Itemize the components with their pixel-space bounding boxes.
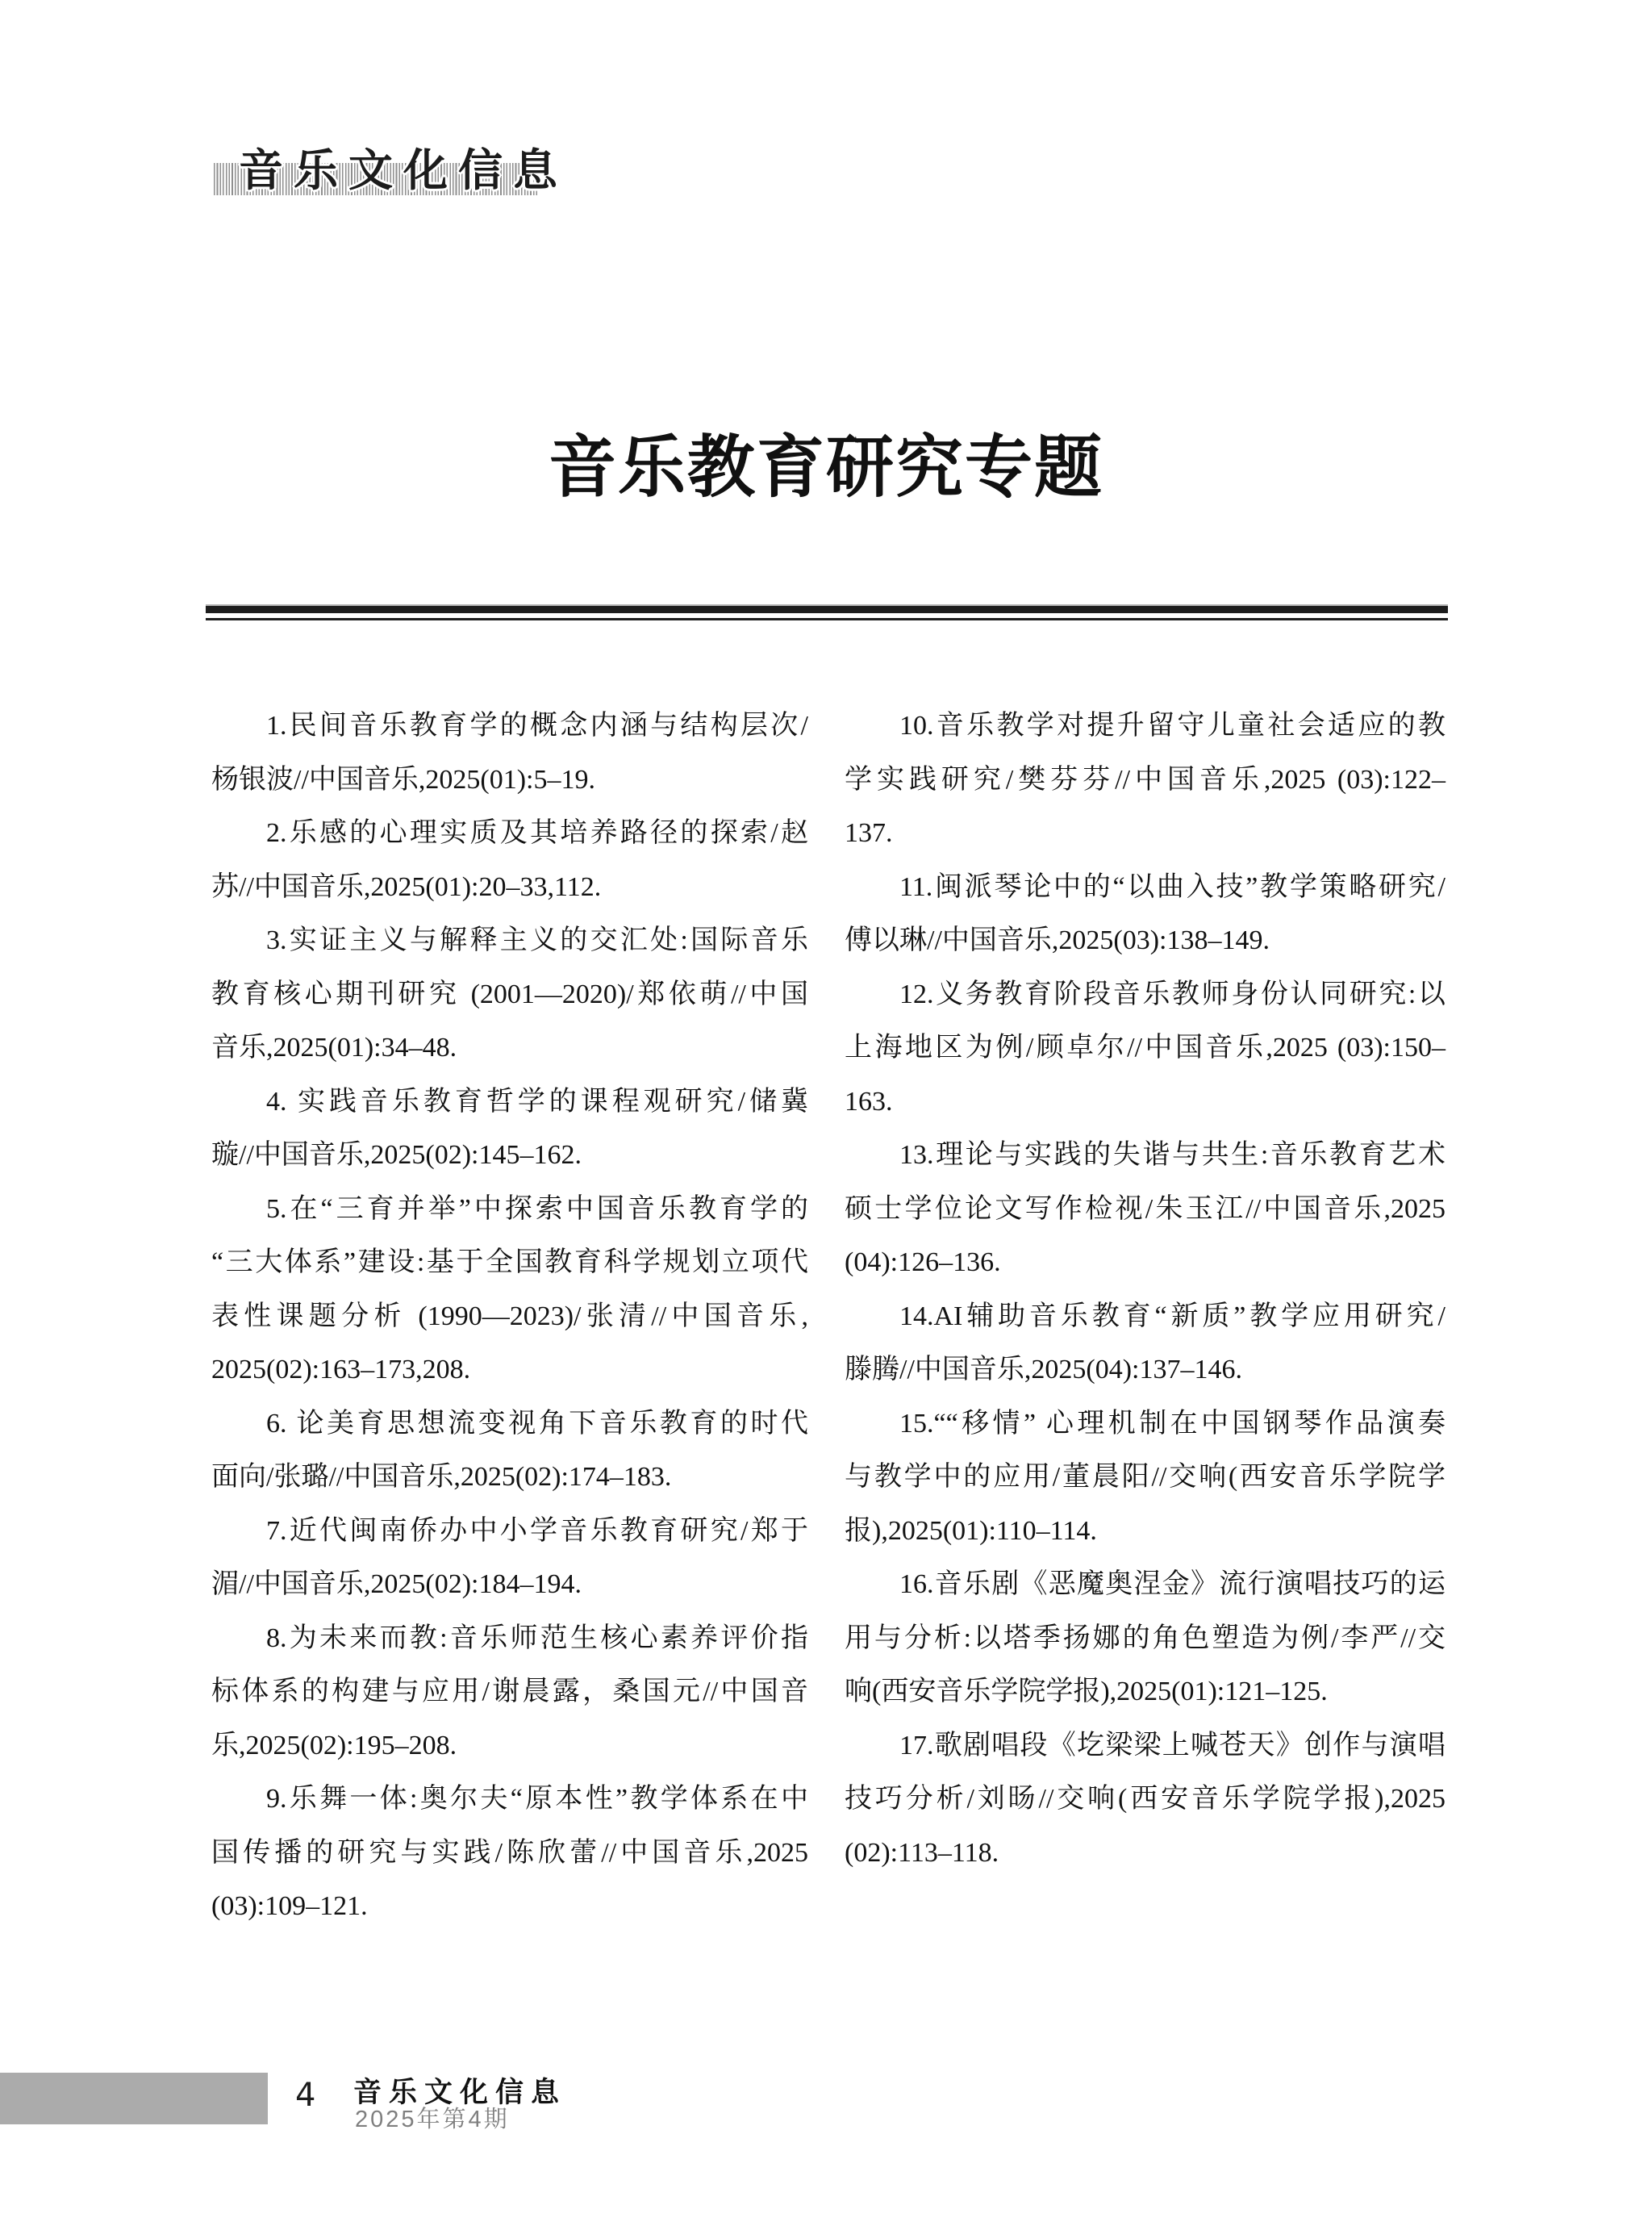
bibliography-line: 璇//中国音乐,2025(02):145–162. xyxy=(211,1129,808,1183)
bibliography-line: 技巧分析/刘旸//交响(西安音乐学院学报),2025 xyxy=(845,1773,1445,1827)
bibliography-line: 2.乐感的心理实质及其培养路径的探索/赵 xyxy=(211,807,808,861)
bibliography-line: 报),2025(01):110–114. xyxy=(845,1505,1445,1559)
bibliography-line: 苏//中国音乐,2025(01):20–33,112. xyxy=(211,861,808,915)
bibliography-entry: 7.近代闽南侨办中小学音乐教育研究/郑于湄//中国音乐,2025(02):184… xyxy=(211,1505,808,1612)
bibliography-line: 与教学中的应用/董晨阳//交响(西安音乐学院学 xyxy=(845,1451,1445,1505)
bibliography-line: 137. xyxy=(845,807,1445,861)
bibliography-entry: 14.AI辅助音乐教育“新质”教学应用研究/滕腾//中国音乐,2025(04):… xyxy=(845,1290,1445,1397)
bibliography-line: “三大体系”建设:基于全国教育科学规划立项代 xyxy=(211,1236,808,1290)
bibliography-entry: 4. 实践音乐教育哲学的课程观研究/储冀璇//中国音乐,2025(02):145… xyxy=(211,1075,808,1183)
bibliography-line: 10.音乐教学对提升留守儿童社会适应的教 xyxy=(845,700,1445,754)
bibliography-left-column: 1.民间音乐教育学的概念内涵与结构层次/杨银波//中国音乐,2025(01):5… xyxy=(211,700,808,1934)
bibliography-entry: 6. 论美育思想流变视角下音乐教育的时代面向/张璐//中国音乐,2025(02)… xyxy=(211,1397,808,1505)
bibliography-line: 滕腾//中国音乐,2025(04):137–146. xyxy=(845,1343,1445,1397)
bibliography-entry: 15.““移情” 心理机制在中国钢琴作品演奏与教学中的应用/董晨阳//交响(西安… xyxy=(845,1397,1445,1559)
bibliography-line: 1.民间音乐教育学的概念内涵与结构层次/ xyxy=(211,700,808,754)
bibliography-line: 163. xyxy=(845,1075,1445,1130)
bibliography-line: 教育核心期刊研究 (2001—2020)/郑依萌//中国 xyxy=(211,968,808,1022)
bibliography-entry: 16.音乐剧《恶魔奥涅金》流行演唱技巧的运用与分析:以塔季扬娜的角色塑造为例/李… xyxy=(845,1558,1445,1719)
divider-rule-thick xyxy=(206,606,1448,613)
bibliography-line: 国传播的研究与实践/陈欣蕾//中国音乐,2025 xyxy=(211,1827,808,1881)
bibliography-line: 上海地区为例/顾卓尔//中国音乐,2025 (03):150– xyxy=(845,1021,1445,1075)
bibliography-entry: 5.在“三育并举”中探索中国音乐教育学的“三大体系”建设:基于全国教育科学规划立… xyxy=(211,1183,808,1397)
bibliography-line: 15.““移情” 心理机制在中国钢琴作品演奏 xyxy=(845,1397,1445,1451)
footer-issue-label: 2025年第4期 xyxy=(355,2101,510,2134)
bibliography-line: 音乐,2025(01):34–48. xyxy=(211,1021,808,1075)
bibliography-line: (02):113–118. xyxy=(845,1827,1445,1881)
bibliography-entry: 17.歌剧唱段《圪梁梁上喊苍天》创作与演唱技巧分析/刘旸//交响(西安音乐学院学… xyxy=(845,1719,1445,1881)
footer-page-number: 4 xyxy=(295,2077,315,2114)
divider-rule-thin xyxy=(206,618,1448,620)
bibliography-line: 14.AI辅助音乐教育“新质”教学应用研究/ xyxy=(845,1290,1445,1344)
bibliography-line: 12.义务教育阶段音乐教师身份认同研究:以 xyxy=(845,968,1445,1022)
bibliography-entry: 12.义务教育阶段音乐教师身份认同研究:以上海地区为例/顾卓尔//中国音乐,20… xyxy=(845,968,1445,1130)
bibliography-line: 杨银波//中国音乐,2025(01):5–19. xyxy=(211,754,808,808)
bibliography-line: 6. 论美育思想流变视角下音乐教育的时代 xyxy=(211,1397,808,1451)
bibliography-line: 7.近代闽南侨办中小学音乐教育研究/郑于 xyxy=(211,1505,808,1559)
bibliography-line: 乐,2025(02):195–208. xyxy=(211,1719,808,1773)
bibliography-line: 面向/张璐//中国音乐,2025(02):174–183. xyxy=(211,1451,808,1505)
bibliography-line: 11.闽派琴论中的“以曲入技”教学策略研究/ xyxy=(845,861,1445,915)
bibliography-section: 1.民间音乐教育学的概念内涵与结构层次/杨银波//中国音乐,2025(01):5… xyxy=(211,700,1445,1934)
bibliography-line: 硕士学位论文写作检视/朱玉江//中国音乐,2025 xyxy=(845,1183,1445,1237)
bibliography-line: 傅以琳//中国音乐,2025(03):138–149. xyxy=(845,914,1445,968)
journal-page: 音乐文化信息 音乐教育研究专题 1.民间音乐教育学的概念内涵与结构层次/杨银波/… xyxy=(0,0,1652,2226)
page-title: 音乐教育研究专题 xyxy=(0,413,1652,511)
bibliography-entry: 3.实证主义与解释主义的交汇处:国际音乐教育核心期刊研究 (2001—2020)… xyxy=(211,914,808,1075)
bibliography-entry: 13.理论与实践的失谐与共生:音乐教育艺术硕士学位论文写作检视/朱玉江//中国音… xyxy=(845,1129,1445,1290)
bibliography-line: 8.为未来而教:音乐师范生核心素养评价指 xyxy=(211,1612,808,1666)
bibliography-line: 4. 实践音乐教育哲学的课程观研究/储冀 xyxy=(211,1075,808,1130)
bibliography-line: 3.实证主义与解释主义的交汇处:国际音乐 xyxy=(211,914,808,968)
bibliography-entry: 8.为未来而教:音乐师范生核心素养评价指标体系的构建与应用/谢晨露，桑国元//中… xyxy=(211,1612,808,1773)
bibliography-line: 用与分析:以塔季扬娜的角色塑造为例/李严//交 xyxy=(845,1612,1445,1666)
bibliography-line: 湄//中国音乐,2025(02):184–194. xyxy=(211,1558,808,1612)
bibliography-line: 16.音乐剧《恶魔奥涅金》流行演唱技巧的运 xyxy=(845,1558,1445,1612)
bibliography-right-column: 10.音乐教学对提升留守儿童社会适应的教学实践研究/樊芬芬//中国音乐,2025… xyxy=(845,700,1445,1934)
bibliography-line: 标体系的构建与应用/谢晨露，桑国元//中国音 xyxy=(211,1665,808,1719)
bibliography-line: 13.理论与实践的失谐与共生:音乐教育艺术 xyxy=(845,1129,1445,1183)
bibliography-line: 17.歌剧唱段《圪梁梁上喊苍天》创作与演唱 xyxy=(845,1719,1445,1773)
bibliography-line: (03):109–121. xyxy=(211,1880,808,1934)
header-journal-name: 音乐文化信息 xyxy=(239,135,568,198)
bibliography-line: (04):126–136. xyxy=(845,1236,1445,1290)
bibliography-line: 表性课题分析 (1990—2023)/张清//中国音乐, xyxy=(211,1290,808,1344)
bibliography-entry: 2.乐感的心理实质及其培养路径的探索/赵苏//中国音乐,2025(01):20–… xyxy=(211,807,808,914)
bibliography-line: 9.乐舞一体:奥尔夫“原本性”教学体系在中 xyxy=(211,1773,808,1827)
bibliography-entry: 1.民间音乐教育学的概念内涵与结构层次/杨银波//中国音乐,2025(01):5… xyxy=(211,700,808,807)
bibliography-entry: 10.音乐教学对提升留守儿童社会适应的教学实践研究/樊芬芬//中国音乐,2025… xyxy=(845,700,1445,861)
bibliography-line: 2025(02):163–173,208. xyxy=(211,1343,808,1397)
bibliography-line: 响(西安音乐学院学报),2025(01):121–125. xyxy=(845,1665,1445,1719)
bibliography-line: 5.在“三育并举”中探索中国音乐教育学的 xyxy=(211,1183,808,1237)
bibliography-entry: 9.乐舞一体:奥尔夫“原本性”教学体系在中国传播的研究与实践/陈欣蕾//中国音乐… xyxy=(211,1773,808,1934)
footer-gray-bar xyxy=(0,2073,268,2124)
bibliography-entry: 11.闽派琴论中的“以曲入技”教学策略研究/傅以琳//中国音乐,2025(03)… xyxy=(845,861,1445,968)
bibliography-line: 学实践研究/樊芬芬//中国音乐,2025 (03):122– xyxy=(845,754,1445,808)
